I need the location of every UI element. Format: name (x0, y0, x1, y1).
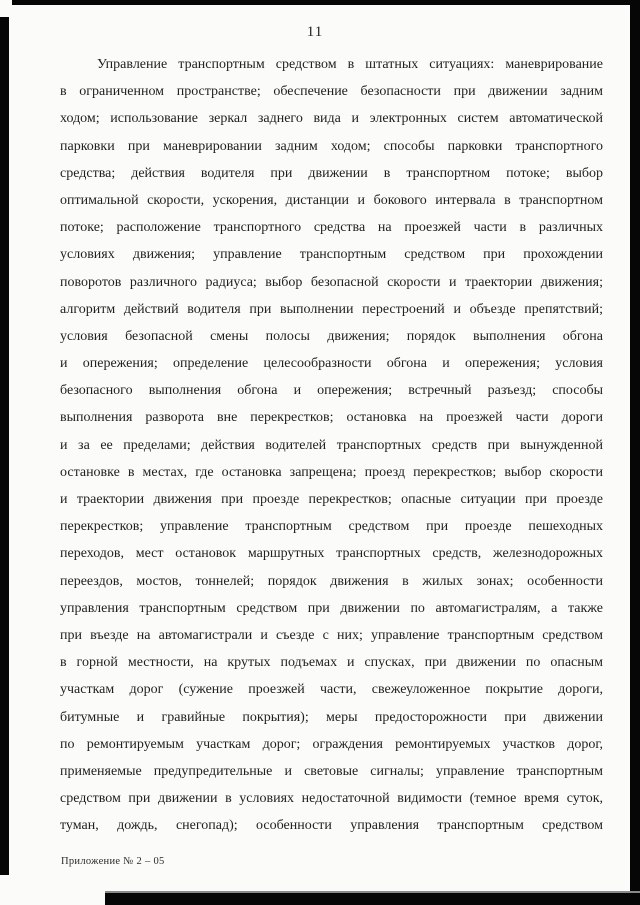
text-line: средства; действия водителя при движении… (60, 160, 603, 187)
text-line: средством при движении в условиях недост… (60, 785, 603, 812)
text-line: и траектории движения при проезде перекр… (60, 486, 603, 513)
scan-frame-bottom (105, 893, 640, 905)
text-line: перекрестков; управление транспортным ср… (60, 513, 603, 540)
text-line: в горной местности, на крутых подъемах и… (60, 649, 603, 676)
text-line: ходом; использование зеркал заднего вида… (60, 105, 603, 132)
text-line: поворотов различного радиуса; выбор безо… (60, 269, 603, 296)
text-line: туман, дождь, снегопад); особенности упр… (60, 812, 603, 839)
text-line: условия безопасной смены полосы движения… (60, 323, 603, 350)
scan-frame-right (630, 0, 640, 905)
text-line: и за ее пределами; действия водителей тр… (60, 432, 603, 459)
text-line: оптимальной скорости, ускорения, дистанц… (60, 187, 603, 214)
scan-frame-top (12, 0, 640, 5)
text-line: битумные и гравийные покрытия); меры пре… (60, 704, 603, 731)
document-page: 11 Управление транспортным средством в ш… (0, 0, 640, 905)
page-number: 11 (0, 24, 630, 41)
text-line: безопасного выполнения обгона и опережен… (60, 377, 603, 404)
scan-frame-left (0, 17, 9, 875)
text-line: и опережения; определение целесообразнос… (60, 350, 603, 377)
text-line: переездов, мостов, тоннелей; порядок дви… (60, 568, 603, 595)
text-line: участкам дорог (сужение проезжей части, … (60, 676, 603, 703)
text-line: при въезде на автомагистрали и съезде с … (60, 622, 603, 649)
text-line: остановке в местах, где остановка запрещ… (60, 459, 603, 486)
text-line: применяемые предупредительные и световые… (60, 758, 603, 785)
text-line: переходов, мест остановок маршрутных тра… (60, 540, 603, 567)
text-line: управления транспортным средством при дв… (60, 595, 603, 622)
text-line: в ограниченном пространстве; обеспечение… (60, 78, 603, 105)
text-line: потоке; расположение транспортного средс… (60, 214, 603, 241)
text-line: выполнения разворота вне перекрестков; о… (60, 404, 603, 431)
text-line: алгоритм действий водителя при выполнени… (60, 296, 603, 323)
footer-note: Приложение № 2 – 05 (61, 856, 165, 867)
text-line: условиях движения; управление транспортн… (60, 241, 603, 268)
text-line: парковки при маневрировании задним ходом… (60, 133, 603, 160)
text-line: по ремонтируемым участкам дорог; огражде… (60, 731, 603, 758)
text-line: Управление транспортным средством в штат… (60, 51, 603, 78)
body-paragraph: Управление транспортным средством в штат… (60, 51, 603, 839)
